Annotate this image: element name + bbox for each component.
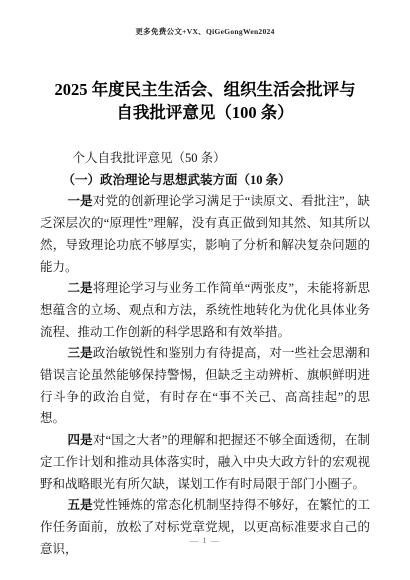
document-title-line-1: 2025 年度民主生活会、组织生活会批评与 <box>25 78 385 101</box>
document-body: 个人自我批评意见（50 条） （一）政治理论与思想武装方面（10 条） 一是对党… <box>40 148 370 560</box>
document-subtitle: 个人自我批评意见（50 条） <box>40 148 370 170</box>
paragraph-5: 五是党性锤炼的常态化机制坚持得不够好，在繁忙的工作任务面前，放松了对标党章党规，… <box>40 495 370 560</box>
document-title: 2025 年度民主生活会、组织生活会批评与 自我批评意见（100 条） <box>25 78 385 124</box>
paragraph-1-lead: 一是 <box>68 194 93 208</box>
paragraph-4-lead: 四是 <box>68 433 93 447</box>
header-watermark-note: 更多免费公文+VX、QiGeGongWen2024 <box>0 26 410 37</box>
paragraph-3: 三是政治敏锐性和鉴别力有待提高，对一些社会思潮和错误言论虽然能够保持警惕，但缺乏… <box>40 343 370 430</box>
paragraph-5-lead: 五是 <box>68 498 93 512</box>
page-number: — 1 — <box>0 535 410 545</box>
paragraph-2: 二是将理论学习与业务工作简单“两张皮”，未能将新思想蕴含的立场、观点和方法，系统… <box>40 278 370 343</box>
paragraph-4: 四是对“国之大者”的理解和把握还不够全面透彻，在制定工作计划和推动具体落实时，融… <box>40 430 370 495</box>
paragraph-1: 一是对党的创新理论学习满足于“读原文、看批注”，缺乏深层次的“原理性”理解，没有… <box>40 191 370 278</box>
section-heading: （一）政治理论与思想武装方面（10 条） <box>40 170 370 192</box>
document-page: 更多免费公文+VX、QiGeGongWen2024 2025 年度民主生活会、组… <box>0 0 410 580</box>
paragraph-2-lead: 二是 <box>68 281 93 295</box>
document-title-line-2: 自我批评意见（100 条） <box>25 101 385 124</box>
paragraph-3-lead: 三是 <box>68 346 93 360</box>
